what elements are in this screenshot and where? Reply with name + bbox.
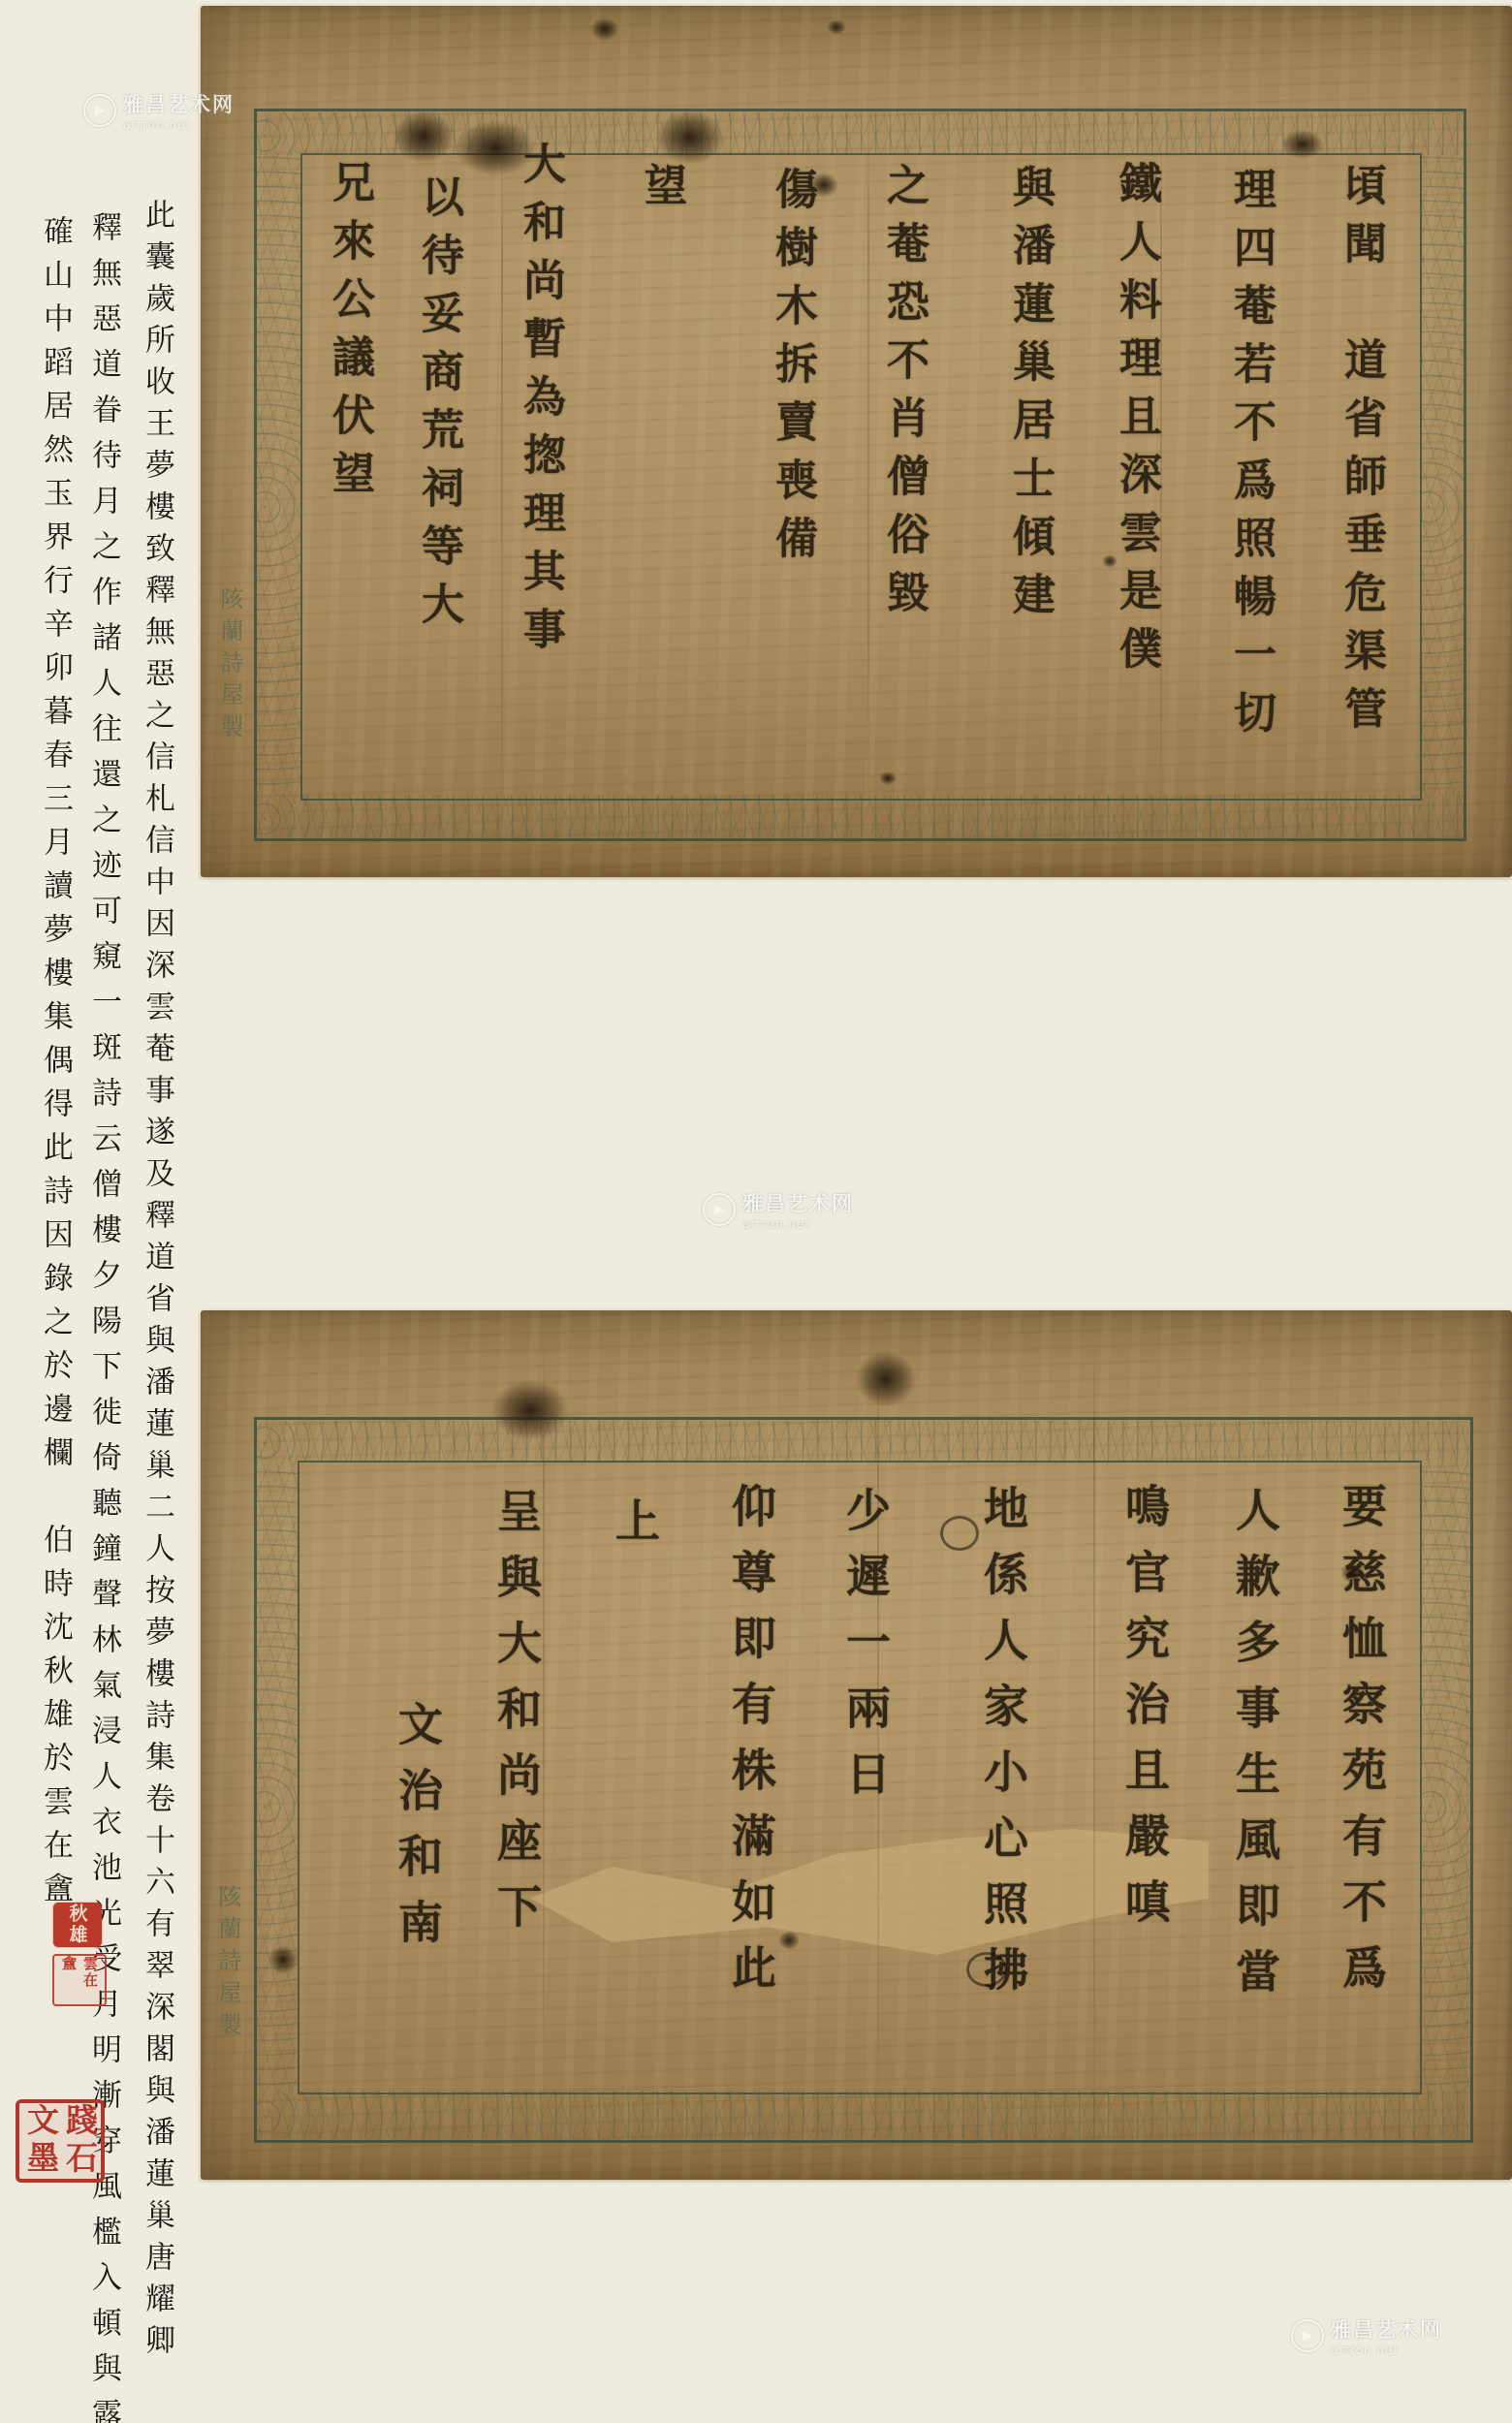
ink-ring-mark: [966, 1952, 1007, 1987]
ink-speck: [879, 771, 897, 785]
colophon-column: 釋無惡道眷待月之作諸人往還之迹可窺一斑詩云僧樓夕陽下徙倚聽鐘聲林氣浸人衣池光受月…: [82, 211, 126, 2382]
ink-blot: [491, 1380, 569, 1440]
letter1-column: 大和尚暫為揔理其事: [509, 142, 571, 801]
letter-panel-bottom: 要慈恤察苑有不爲 人歉多事生風即當 鳴官究治且嚴嗔 地係人家小心照拂 少遲一兩日…: [201, 1310, 1512, 2180]
ink-stain: [1281, 130, 1324, 159]
letter1-column: 傷樹木拆賣喪備: [761, 167, 823, 826]
letter1-column: 之菴恐不肖僧俗毀: [872, 163, 934, 822]
crease-line: [867, 112, 869, 839]
collector-seal-2: 雲在盦: [52, 1954, 107, 2006]
crease-line: [501, 112, 503, 839]
letter-panel-top: 頃聞 道省師垂危渠管 理四菴若不爲照暢一切 鐵人料理且深雲是僕 與潘蓮巢居士傾建…: [201, 6, 1512, 877]
letter2-column: 人歉多事生風即當: [1223, 1487, 1287, 2088]
letter1-column: 與潘蓮巢居士傾建: [998, 165, 1060, 824]
watermark-site-name: 雅昌艺术网: [742, 1188, 854, 1217]
paper-studio-mark: 陔蘭詩屋製: [213, 586, 247, 780]
crease-line: [1160, 112, 1162, 839]
ink-speck: [827, 19, 846, 35]
site-watermark: ▶ 雅昌艺术网 artron.net: [1291, 2314, 1442, 2357]
letter1-column: 兄來公議伏望: [318, 160, 380, 800]
play-circle-icon: ▶: [703, 1193, 736, 1226]
ink-stain: [656, 110, 724, 165]
watermark-site-name: 雅昌艺术网: [123, 89, 235, 118]
large-corner-seal: 踐石文墨: [16, 2099, 105, 2183]
ink-stain: [856, 1351, 916, 1407]
play-circle-icon: ▶: [1291, 2319, 1324, 2352]
scroll-photograph: 頃聞 道省師垂危渠管 理四菴若不爲照暢一切 鐵人料理且深雲是僕 與潘蓮巢居士傾建…: [0, 0, 1512, 2423]
letter2-column: 呈與大和尚座下: [485, 1488, 549, 2089]
site-watermark: ▶ 雅昌艺术网 artron.net: [83, 89, 235, 132]
colophon-column: 確山中蹈居然玉界行辛卯暮春三月讀夢樓集偶得此詩因錄之於邊欄 伯時沈秋雄於雲在盦: [34, 215, 78, 1902]
ink-speck: [1102, 554, 1118, 568]
letter1-column: 鐵人料理且深雲是僕: [1105, 161, 1167, 820]
letter1-column: 頃聞 道省師垂危渠管: [1330, 163, 1392, 822]
letter1-column: 理四菴若不爲照暢一切: [1219, 167, 1281, 826]
colophon-column: 此囊歲所收王夢樓致釋無惡之信札信中因深雲菴事遂及釋道省與潘蓮巢二人按夢樓詩集卷十…: [136, 199, 179, 2399]
watermark-domain: artron.net: [1331, 2344, 1442, 2357]
ink-ring-mark: [940, 1516, 979, 1551]
watermark-domain: artron.net: [742, 1217, 854, 1231]
watermark-site-name: 雅昌艺术网: [1331, 2314, 1442, 2344]
letter2-column: 上: [603, 1497, 667, 1614]
letter2-column: 鳴官究治且嚴嗔: [1113, 1483, 1177, 2084]
ink-speck: [778, 1931, 800, 1950]
site-watermark: ▶ 雅昌艺术网 artron.net: [703, 1188, 854, 1231]
ink-stain: [393, 110, 455, 163]
crease-line: [1093, 1330, 1095, 2134]
crease-line: [877, 1330, 879, 2134]
letter2-column: 仰尊即有株滿如此: [719, 1483, 783, 2084]
ink-speck: [809, 173, 838, 198]
collector-seal-1: 秋雄: [53, 1903, 102, 1947]
letter2-column: 地係人家小心照拂: [971, 1485, 1035, 2086]
play-circle-icon: ▶: [83, 94, 116, 127]
crease-line: [543, 1330, 545, 2134]
ink-speck: [1340, 1562, 1366, 1584]
letter2-column: 少遲一兩日: [834, 1487, 898, 2088]
letter1-column: 望: [630, 163, 692, 279]
ink-speck: [268, 1945, 298, 1974]
paper-studio-mark: 陔蘭詩屋製: [211, 1884, 245, 2088]
ink-speck: [590, 17, 619, 41]
letter1-column: 以待妥商荒祠等大: [407, 174, 469, 814]
ink-stain: [455, 120, 536, 176]
watermark-domain: artron.net: [123, 118, 235, 132]
letter2-column: 文治和南: [386, 1701, 450, 2050]
